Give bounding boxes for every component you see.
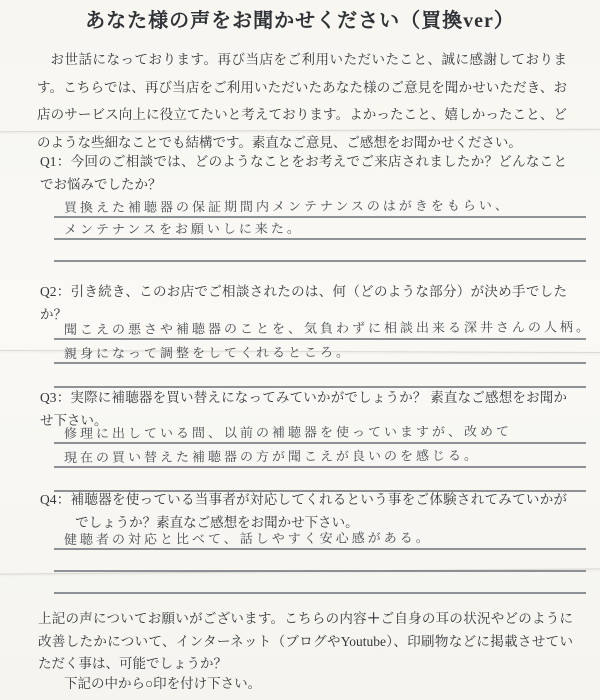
- answer-line: [54, 240, 586, 262]
- intro-paragraph: お世話になっております。再び当店をご利用いただいたこと、誠に感謝しております。こ…: [37, 46, 567, 156]
- question-block-q4: Q4：補聴器を使っている当事者が対応してくれるという事をご体験されてみていかがで…: [40, 488, 567, 594]
- answer-line: メンテナンスをお願いしに来た。: [54, 218, 586, 240]
- answer-line: [54, 550, 586, 572]
- answer-line: [54, 364, 586, 388]
- answer-line: 聞こえの悪さや補聴器のことを、気負わずに相談出来る深井さんの人柄。: [54, 316, 586, 340]
- question-block-q3: Q3：実際に補聴器を買い替えになってみていかがでしょうか？ 素直なご感想をお聞か…: [40, 386, 567, 492]
- handwritten-answer: 修理に出している間、以前の補聴器を使っていますが、改めて: [64, 421, 512, 442]
- answer-area-q2: 聞こえの悪さや補聴器のことを、気負わずに相談出来る深井さんの人柄。 親身になって…: [54, 316, 586, 388]
- handwritten-answer: 健聴者の対応と比べて、話しやすく安心感がある。: [64, 527, 432, 548]
- handwritten-answer: メンテナンスをお願いしに来た。: [64, 218, 303, 238]
- page-title: あなた様の声をお聞かせください（買換ver）: [0, 4, 600, 33]
- scanned-survey-page: あなた様の声をお聞かせください（買換ver） お世話になっております。再び当店を…: [0, 0, 600, 700]
- answer-line: 健聴者の対応と比べて、話しやすく安心感がある。: [54, 528, 586, 550]
- answer-area-q1: 買換えた補聴器の保証期間内メンテナンスのはがきをもらい、 メンテナンスをお願いし…: [54, 196, 586, 262]
- handwritten-answer: 買換えた補聴器の保証期間内メンテナンスのはがきをもらい、: [64, 195, 511, 216]
- question-block-q1: Q1：今回のご相談では、どのようなことをお考えでご来店されましたか？どんなことで…: [40, 150, 567, 262]
- answer-line: [54, 572, 586, 594]
- circle-mark-instruction: 下記の中から○印を付け下さい。: [64, 672, 261, 692]
- publication-request-paragraph: 上記の声についてお願いがございます。こちらの内容＋ご自身の耳の状況やどのように改…: [38, 608, 573, 676]
- handwritten-answer: 現在の買い替えた補聴器の方が聞こえが良いのを感じる。: [64, 445, 480, 466]
- answer-line: 親身になって調整をしてくれるところ。: [54, 340, 586, 364]
- answer-area-q4: 健聴者の対応と比べて、話しやすく安心感がある。: [54, 528, 586, 594]
- answer-line: 修理に出している間、以前の補聴器を使っていますが、改めて: [54, 420, 586, 444]
- handwritten-answer: 聞こえの悪さや補聴器のことを、気負わずに相談出来る深井さんの人柄。: [64, 316, 592, 338]
- answer-line: 買換えた補聴器の保証期間内メンテナンスのはがきをもらい、: [54, 196, 586, 218]
- question-block-q2: Q2：引き続き、このお店でご相談されたのは、何（どのような部分）が決め手でしたか…: [40, 280, 567, 388]
- handwritten-answer: 親身になって調整をしてくれるところ。: [64, 341, 352, 362]
- answer-area-q3: 修理に出している間、以前の補聴器を使っていますが、改めて 現在の買い替えた補聴器…: [54, 420, 586, 492]
- question-text-q1: Q1：今回のご相談では、どのようなことをお考えでご来店されましたか？どんなことで…: [40, 150, 567, 196]
- publication-request-text: 上記の声についてお願いがございます。こちらの内容: [38, 611, 367, 626]
- answer-line: 現在の買い替えた補聴器の方が聞こえが良いのを感じる。: [54, 444, 586, 468]
- plus-icon: ＋: [367, 611, 381, 627]
